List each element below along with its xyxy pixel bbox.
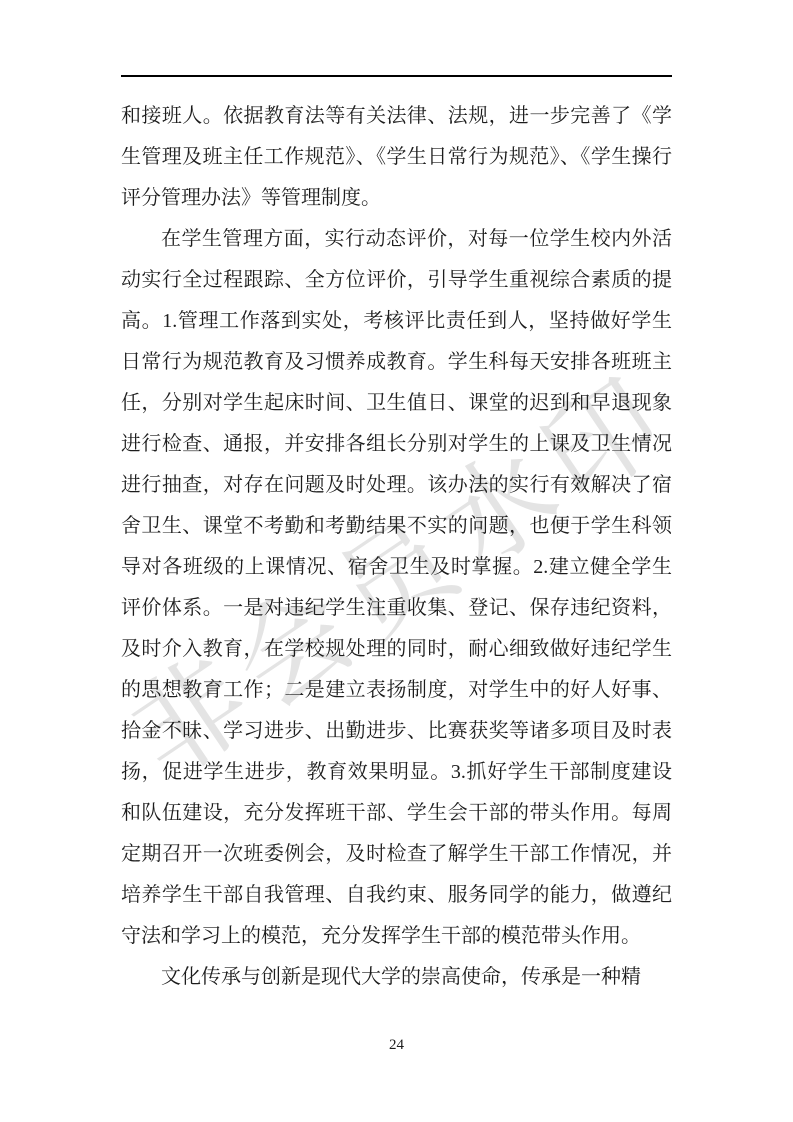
body-paragraph-student-management: 在学生管理方面，实行动态评价，对每一位学生校内外活动实行全过程跟踪、全方位评价，… bbox=[121, 219, 672, 957]
body-paragraph-culture-heritage: 文化传承与创新是现代大学的崇高使命，传承是一种精 bbox=[121, 957, 672, 998]
header-rule bbox=[121, 75, 672, 77]
document-body: 和接班人。依据教育法等有关法律、法规，进一步完善了《学生管理及班主任工作规范》、… bbox=[121, 96, 672, 998]
document-page: 非会员水印 和接班人。依据教育法等有关法律、法规，进一步完善了《学生管理及班主任… bbox=[0, 0, 793, 1122]
page-number: 24 bbox=[0, 1037, 793, 1054]
body-paragraph-continuation: 和接班人。依据教育法等有关法律、法规，进一步完善了《学生管理及班主任工作规范》、… bbox=[121, 96, 672, 219]
